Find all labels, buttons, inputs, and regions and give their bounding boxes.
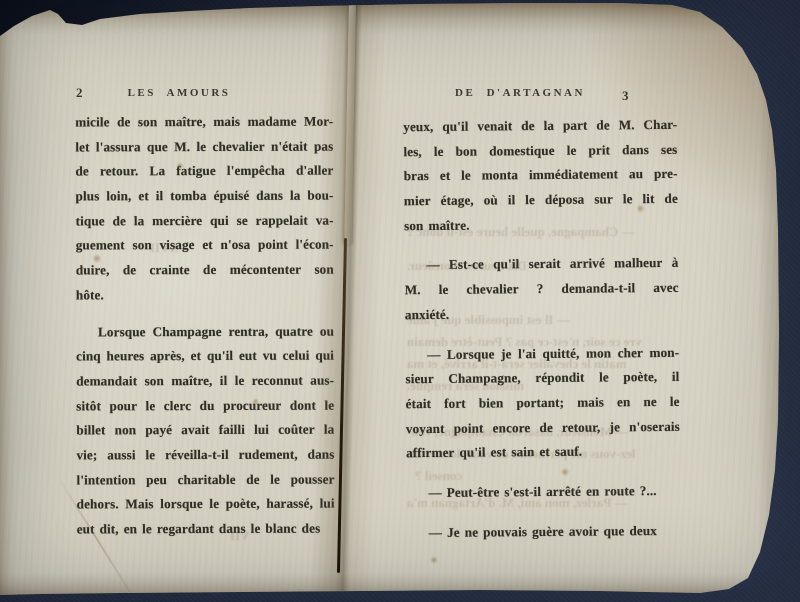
word: ou	[320, 319, 334, 344]
word: ses	[661, 137, 678, 162]
word: M.	[174, 135, 190, 160]
word: mon	[586, 341, 611, 366]
text-line: —Est-cequ'ilseraitarrivémalheurà	[404, 251, 678, 278]
word: qu'il	[442, 115, 468, 140]
left-page-text: miciledesonmaître,maismadameMor-letl'ass…	[75, 110, 335, 543]
word: demanda-t-il	[561, 276, 635, 301]
word: quitté,	[542, 341, 579, 366]
word: fatigue	[176, 159, 216, 184]
word: Est-ce	[449, 253, 484, 278]
word: de	[203, 258, 216, 283]
word: Je	[447, 520, 460, 545]
word: guère	[532, 519, 564, 544]
word: maître.	[428, 213, 469, 238]
word: hôte.	[76, 283, 104, 308]
word: la	[290, 184, 301, 209]
word: qu'il	[459, 441, 485, 466]
word: cher	[618, 341, 644, 366]
word: le	[251, 517, 261, 542]
word: pre-	[654, 162, 678, 187]
word: le	[270, 467, 280, 492]
word: il	[508, 188, 516, 213]
word: aus-	[310, 368, 334, 393]
word: avoir	[569, 519, 599, 544]
word: de	[596, 113, 610, 138]
photo-of-open-book: 2 LES AMOURS XVIIVII miciledesonmaître,m…	[0, 0, 800, 602]
word: je	[609, 415, 620, 440]
word: clerc	[164, 394, 191, 419]
text-line: l'intentionpeucharitabledelepousser	[76, 467, 334, 493]
paragraph: miciledesonmaître,maismadameMor-letl'ass…	[75, 110, 334, 308]
word: se	[237, 209, 248, 234]
word: encore	[493, 416, 531, 441]
word: sitôt	[76, 394, 101, 419]
word: le	[145, 443, 155, 468]
word: il	[672, 365, 680, 390]
word: que	[147, 135, 168, 160]
word: malheur	[614, 251, 663, 276]
word: rappelait	[256, 208, 308, 233]
word: serait	[528, 252, 560, 277]
word: poète,	[623, 365, 657, 390]
text-line: deretour.Lafatiguel'empêchad'aller	[75, 159, 333, 185]
word: réveilla-t-il	[165, 443, 229, 468]
paragraph: LorsqueChampagnerentra,quatreoucinqheure…	[76, 319, 335, 542]
word: son	[138, 110, 157, 135]
word: avait	[181, 418, 209, 443]
word: des	[302, 517, 321, 542]
word: part	[563, 114, 588, 139]
word: pour	[109, 394, 137, 419]
word: et	[138, 184, 149, 209]
word: tomba	[170, 184, 206, 209]
word: route	[604, 479, 635, 504]
word: plus	[76, 184, 100, 209]
word: en	[124, 517, 137, 542]
word: sieur	[405, 367, 434, 392]
text-line: anxiété.	[405, 301, 679, 328]
word: billet	[76, 419, 105, 444]
word: et	[191, 344, 202, 369]
text-line: —Lorsquejel'aiquitté,monchermon-	[405, 340, 679, 367]
word: de	[117, 110, 130, 135]
word: je	[501, 342, 512, 367]
word: à	[672, 251, 679, 276]
paragraph: yeux,qu'ilvenaitdelapartdeM.Char-les,leb…	[403, 113, 678, 239]
word: M.	[619, 113, 635, 138]
word: l'intention	[76, 468, 135, 493]
word: anxiété.	[405, 303, 450, 328]
word: la	[543, 114, 554, 139]
word: aussi	[107, 443, 135, 468]
word: son	[314, 258, 333, 283]
text-line: sieurChampagne,réponditlepoète,il	[405, 365, 679, 392]
word: le	[670, 390, 680, 415]
word: de	[521, 114, 535, 139]
word: —	[429, 521, 443, 546]
text-line: miciledesonmaître,maismadameMor-	[75, 110, 333, 136]
word: madame	[248, 110, 297, 135]
word: qui	[315, 344, 334, 369]
paragraph: —Lorsquejel'aiquitté,monchermon-sieurCha…	[405, 340, 680, 466]
word: dans	[308, 442, 335, 467]
word: crainte	[149, 258, 189, 283]
word: le	[235, 369, 245, 394]
word: bon	[455, 139, 477, 164]
word: M.	[405, 278, 421, 303]
text-line: brasetlemontaimmédiatementaupre-	[404, 162, 678, 189]
word: de	[113, 209, 126, 234]
word: Char-	[643, 113, 677, 138]
word: retour.	[100, 160, 139, 185]
word: la	[134, 209, 145, 234]
word: peu	[146, 468, 167, 493]
word: quatre	[275, 319, 313, 344]
word: où	[484, 188, 498, 213]
word: le	[196, 135, 206, 160]
paragraph: —Jenepouvaisguèreavoirquedeux	[407, 518, 681, 545]
word: qui	[210, 209, 229, 234]
word: dehors.	[77, 493, 119, 518]
word: immédiatement	[529, 163, 618, 188]
word: non	[115, 418, 137, 443]
word: bras	[404, 164, 430, 189]
word: guement	[76, 234, 125, 259]
text-line: étaitfortbienportant;maisennele	[406, 390, 680, 417]
word: Champagne,	[448, 366, 521, 391]
text-line: —Jenepouvaisguèreavoirquedeux	[407, 518, 681, 545]
text-line: dehors.Maislorsquelepoète,harassé,lui	[77, 492, 335, 518]
right-page: DE D'ARTAGNAN 3 — Champagne, quelle heur…	[345, 0, 780, 602]
word: l'écon-	[296, 233, 334, 258]
text-line: guementsonvisageetn'osapointl'écon-	[76, 233, 334, 259]
word: celui	[283, 344, 310, 369]
word: cinq	[76, 345, 101, 370]
text-line: les,lebondomestiquelepritdansses	[403, 137, 677, 164]
word: n'oserais	[629, 414, 680, 439]
word: en	[586, 479, 600, 504]
word: qu'il	[207, 344, 233, 369]
word: lui	[320, 492, 335, 517]
word: La	[149, 160, 165, 185]
word: mais	[213, 110, 240, 135]
word: portant;	[516, 391, 564, 416]
text-line: LorsqueChampagnerentra,quatreou	[76, 319, 334, 345]
word: point	[258, 233, 288, 258]
word: tique	[76, 209, 105, 234]
word: voyant	[406, 416, 445, 441]
word: visage	[160, 233, 195, 258]
word: de	[664, 187, 678, 212]
word: monta	[482, 164, 519, 189]
word: déposa	[545, 188, 585, 213]
word: du	[200, 394, 215, 419]
word: s'est-il	[504, 480, 541, 505]
text-line: M.lechevalier?demanda-t-ilavec	[405, 276, 679, 303]
word: étage,	[440, 189, 473, 214]
word: fort	[444, 392, 466, 417]
word: Peut-être	[447, 480, 500, 505]
word: heures	[107, 344, 145, 369]
word: bou-	[307, 184, 333, 209]
word: le	[623, 187, 633, 212]
text-line: voyantpointencorederetour,jen'oserais	[406, 414, 680, 441]
word: vie;	[76, 443, 97, 468]
paragraph: —Est-cequ'ilseraitarrivémalheuràM.lechev…	[404, 251, 679, 327]
word: retour,	[562, 415, 601, 440]
word: yeux,	[403, 115, 433, 140]
word: affirmer	[406, 441, 455, 466]
text-line: billetnonpayéavaitfailliluicoûterla	[76, 418, 334, 444]
text-line: cinqheuresaprès,etqu'ileutvuceluiqui	[76, 344, 334, 370]
word: de	[246, 467, 259, 492]
word: demandait	[76, 369, 137, 394]
word: avec	[653, 276, 679, 301]
word: chevalier	[212, 134, 264, 159]
text-line: vie;aussileréveilla-t-ilrudement,dans	[76, 442, 334, 468]
word: va-	[316, 208, 334, 233]
word: après,	[150, 344, 185, 369]
text-line: demandaitsonmaître,illereconnutaus-	[76, 368, 334, 394]
word: deux	[629, 519, 657, 544]
word: let	[75, 135, 89, 160]
word: ?...	[640, 479, 657, 504]
word: n'était	[271, 134, 308, 159]
text-line: hôte.	[76, 282, 334, 308]
word: failli	[219, 418, 245, 443]
word: vu	[263, 344, 277, 369]
word: duire,	[76, 258, 110, 283]
word: de	[123, 258, 136, 283]
word: maître,	[171, 369, 212, 394]
word: le	[209, 492, 219, 517]
word: poète,	[226, 492, 260, 517]
word: lit	[642, 187, 654, 212]
word: et	[202, 233, 213, 258]
word: au	[629, 162, 643, 187]
word: lorsque	[160, 492, 203, 517]
word: le	[439, 278, 449, 303]
text-line: eutdit,enleregardantdansleblancdes	[77, 517, 335, 543]
word: le	[525, 188, 535, 213]
word: point	[454, 416, 484, 441]
word: blanc	[265, 517, 296, 542]
text-line: plusloin,etiltombaépuisédanslabou-	[76, 184, 334, 210]
text-line: mierétage,oùilledéposasurlelitde	[404, 187, 678, 214]
word: payé	[145, 418, 172, 443]
word: sauf.	[555, 440, 582, 465]
word: pousser	[291, 467, 335, 492]
word: pas	[314, 134, 333, 159]
word: dans	[256, 184, 283, 209]
word: épuisé	[214, 184, 250, 209]
word: mécontenter	[230, 258, 301, 283]
word: venait	[477, 114, 512, 139]
word: regardant	[157, 517, 214, 542]
word: mier	[404, 189, 431, 214]
left-page: 2 LES AMOURS XVIIVII miciledesonmaître,m…	[0, 0, 345, 602]
word: était	[406, 392, 432, 417]
word: arrêté	[546, 480, 581, 505]
word: l'ai	[518, 342, 536, 367]
word: le	[146, 394, 156, 419]
word: l'assura	[96, 135, 141, 160]
text-line: tiquedelamercièrequiserappelaitva-	[76, 208, 334, 234]
word: loin,	[106, 184, 131, 209]
word: pouvais	[483, 520, 527, 545]
word: que	[604, 519, 625, 544]
right-page-text: yeux,qu'ilvenaitdelapartdeM.Char-les,leb…	[403, 113, 681, 546]
word: l'empêcha	[227, 159, 285, 184]
word: est	[491, 441, 507, 466]
word: et	[539, 440, 550, 465]
text-line: sonmaître.	[404, 212, 678, 239]
word: ?	[537, 277, 544, 302]
word: ne	[465, 520, 479, 545]
text-line: yeux,qu'ilvenaitdelapartdeM.Char-	[403, 113, 677, 140]
word: reconnut	[252, 369, 303, 394]
word: de	[75, 160, 88, 185]
word: arrivé	[570, 252, 605, 277]
word: dit,	[100, 517, 119, 542]
word: mon-	[649, 340, 679, 365]
word: Champagne	[153, 319, 222, 344]
word: rudement,	[239, 443, 298, 468]
word: sur	[594, 187, 613, 212]
word: il	[156, 184, 164, 209]
word: et	[440, 164, 451, 189]
word: Lorsque	[98, 320, 146, 345]
text-line: sitôtpourleclercduprocureurdontle	[76, 393, 334, 419]
word: Mor-	[304, 110, 333, 135]
word: dans	[219, 517, 246, 542]
word: bien	[479, 391, 504, 416]
word: prit	[588, 138, 610, 163]
word: de	[539, 415, 553, 440]
word: lui	[254, 418, 269, 443]
word: mais	[577, 390, 604, 415]
word: mercière	[152, 209, 202, 234]
word: la	[324, 418, 335, 443]
word: domestique	[489, 139, 555, 164]
text-line: letl'assuraqueM.lechevaliern'étaitpas	[75, 134, 333, 160]
word: maître,	[165, 110, 206, 135]
word: coûter	[278, 418, 315, 443]
word: en	[617, 390, 631, 415]
paragraph: —Peut-êtres'est-ilarrêtéenroute?...	[406, 479, 680, 506]
word: qu'il	[493, 253, 519, 278]
word: le	[142, 517, 152, 542]
word: rentra,	[229, 319, 269, 344]
word: son	[132, 234, 151, 259]
word: les,	[403, 140, 422, 165]
word: micile	[75, 110, 109, 135]
word: son	[145, 369, 164, 394]
word: ne	[643, 390, 657, 415]
text-line: —Peut-êtres'est-ilarrêtéenroute?...	[406, 479, 680, 506]
word: le	[599, 366, 609, 391]
word: dans	[622, 138, 649, 163]
word: sain	[511, 440, 534, 465]
word: le	[461, 164, 471, 189]
word: procureur	[223, 393, 281, 418]
word: n'osa	[220, 233, 250, 258]
word: répondit	[535, 366, 584, 391]
word: harassé,	[266, 492, 313, 517]
word: le	[324, 393, 334, 418]
word: d'aller	[296, 159, 333, 184]
word: son	[404, 214, 424, 239]
word: —	[426, 253, 440, 278]
word: le	[434, 140, 444, 165]
word: —	[428, 481, 442, 506]
word: —	[427, 342, 441, 367]
word: eut	[239, 344, 257, 369]
word: charitable	[178, 468, 236, 493]
word: Mais	[125, 492, 153, 517]
word: chevalier	[466, 277, 518, 302]
text-line: affirmerqu'ilestsainetsauf.	[406, 439, 680, 466]
text-line: duire,decraintedemécontenterson	[76, 258, 334, 284]
word: le	[567, 138, 577, 163]
word: dont	[290, 393, 316, 418]
word: Lorsque	[447, 342, 495, 367]
book-pages: 2 LES AMOURS XVIIVII miciledesonmaître,m…	[0, 0, 800, 602]
word: il	[220, 369, 228, 394]
